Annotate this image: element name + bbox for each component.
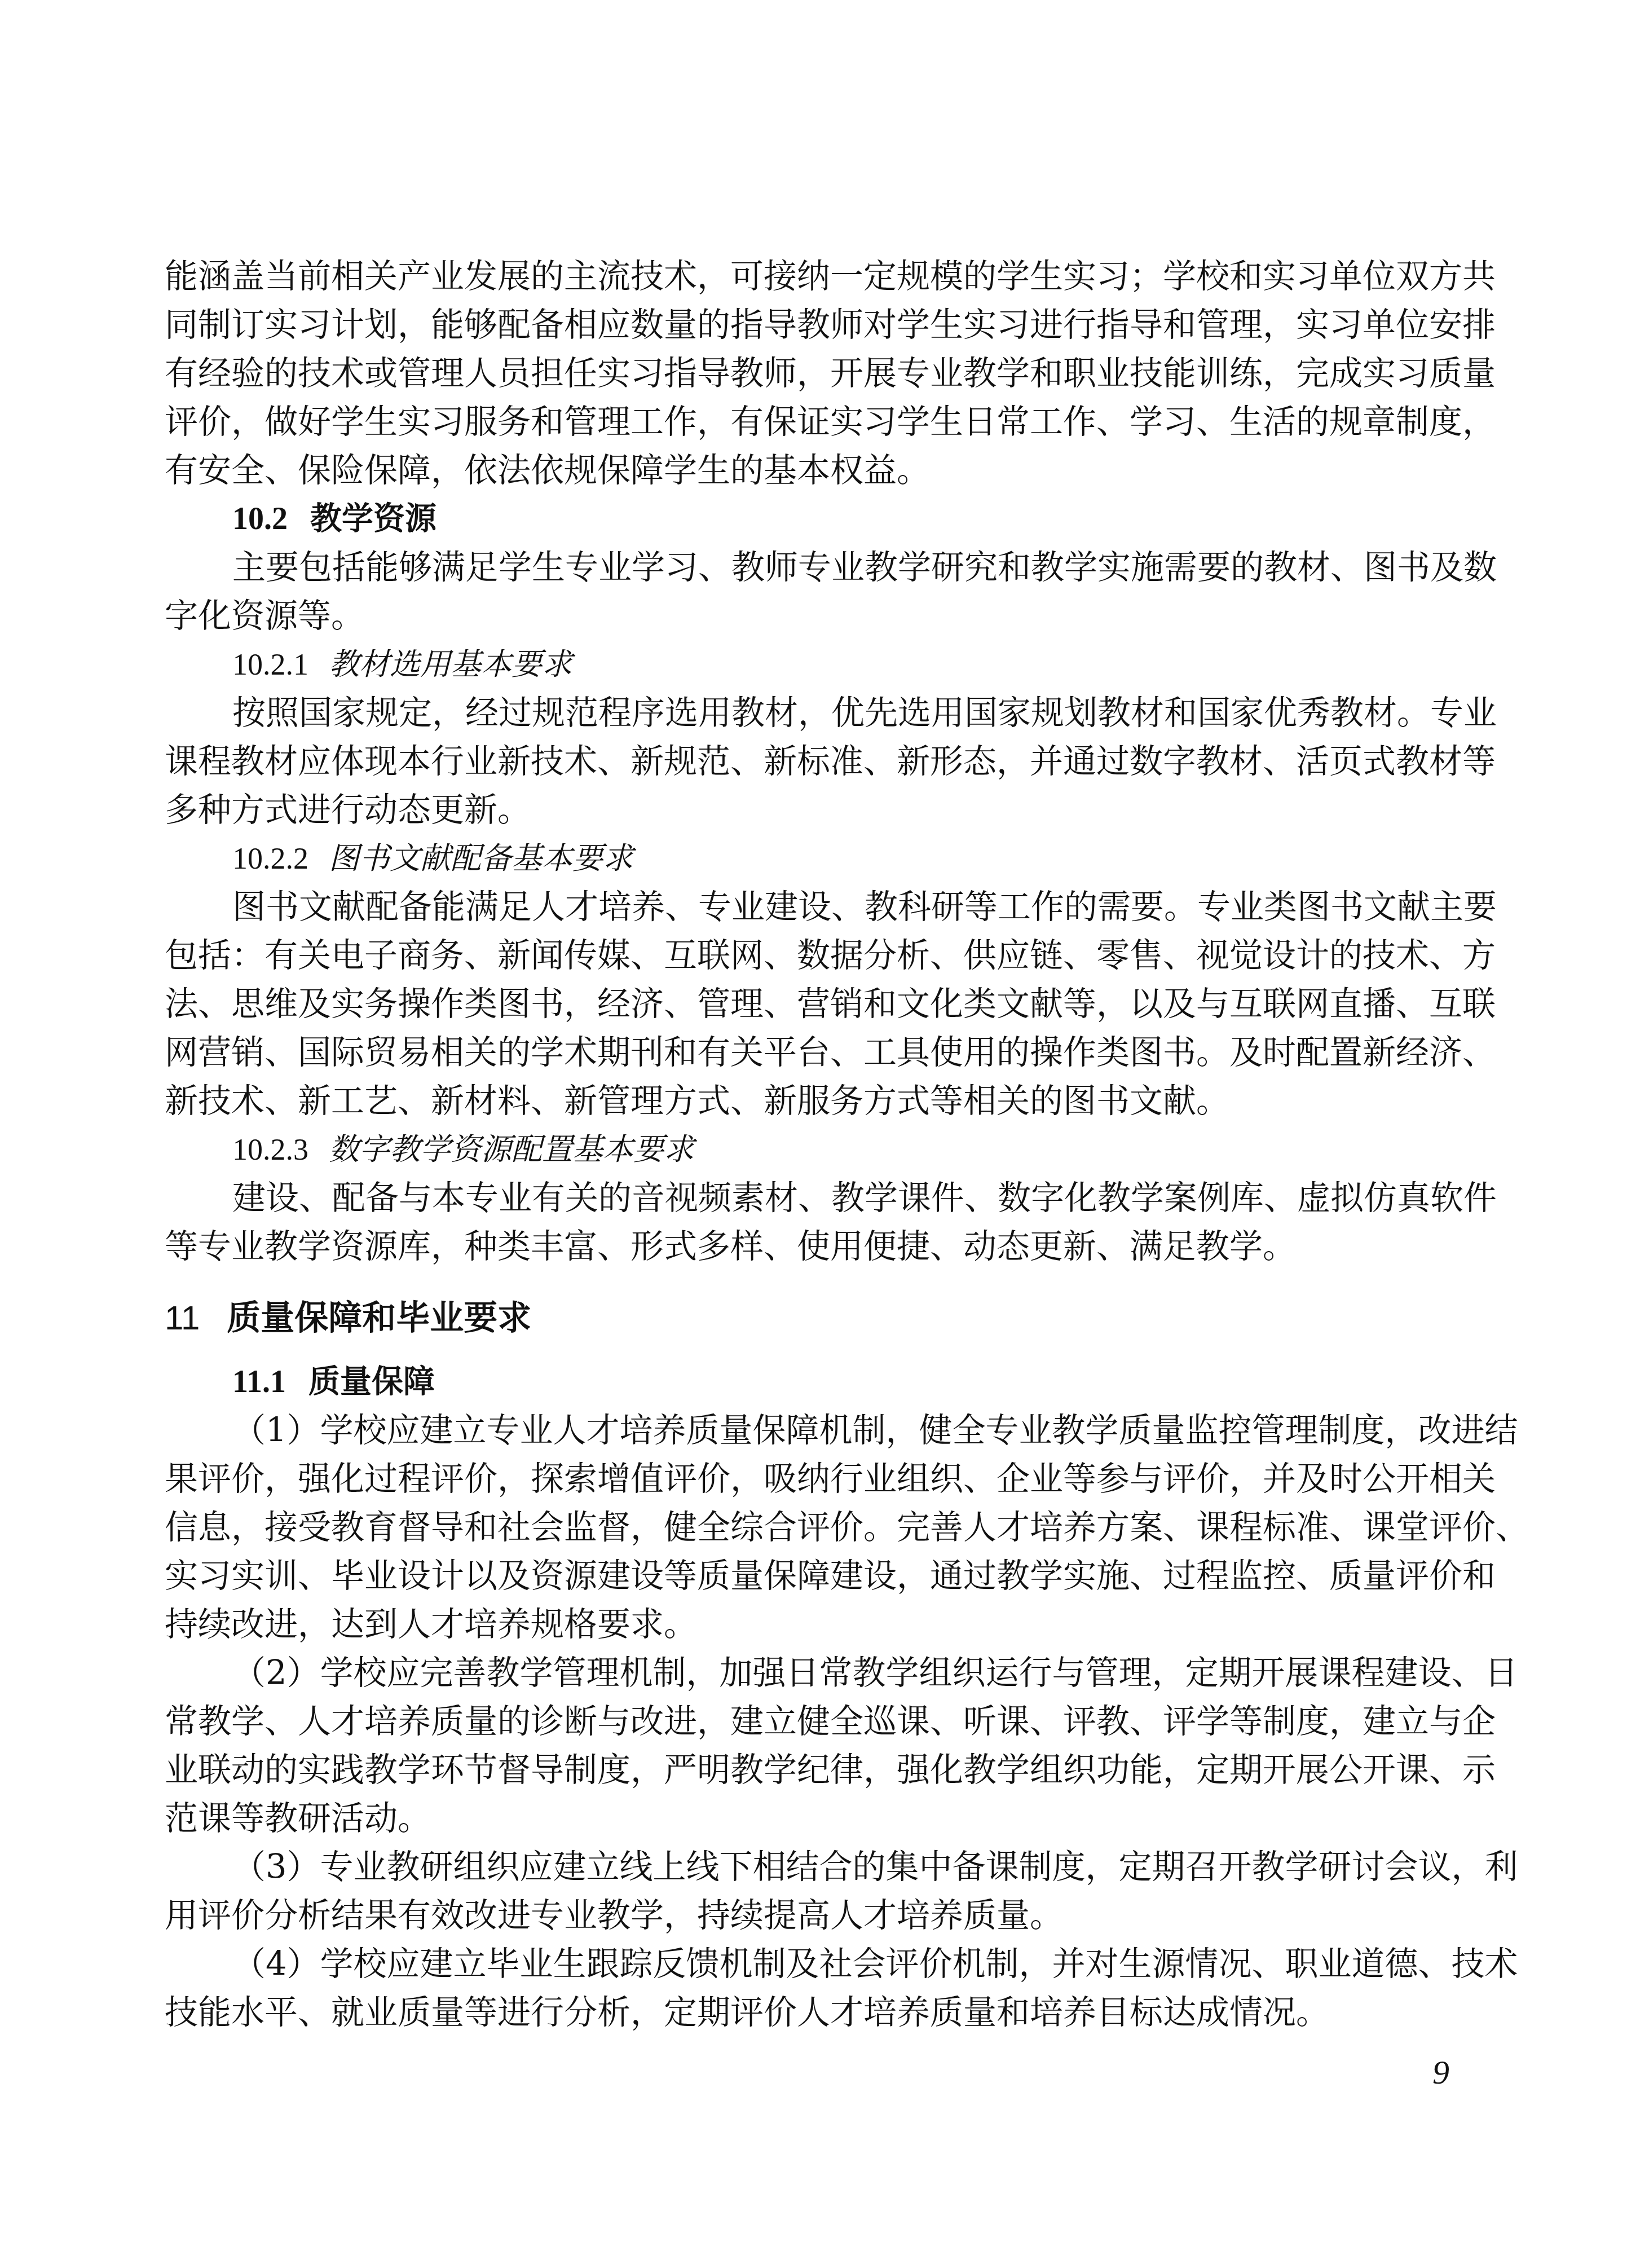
paragraph-line: 字化资源等。: [165, 592, 1474, 640]
paragraph-line: 业联动的实践教学环节督导制度，严明教学纪律，强化教学组织功能，定期开展公开课、示: [165, 1746, 1474, 1794]
spacer: [165, 1346, 1474, 1358]
paragraph-line: 有安全、保险保障，依法依规保障学生的基本权益。: [165, 446, 1474, 495]
list-item-4: （4）学校应建立毕业生跟踪反馈机制及社会评价机制，并对生源情况、职业道德、技术 …: [165, 1940, 1474, 2037]
paragraph-line: 技能水平、就业质量等进行分析，定期评价人才培养质量和培养目标达成情况。: [165, 1988, 1474, 2037]
section-number: 10.2.2: [232, 842, 308, 875]
paragraph-line: 持续改进，达到人才培养规格要求。: [165, 1600, 1474, 1649]
section-title: 教材选用基本要求: [329, 646, 572, 682]
section-10-2-paragraph: 主要包括能够满足学生专业学习、教师专业教学研究和教学实施需要的教材、图书及数 字…: [165, 543, 1474, 640]
section-number: 11.1: [232, 1364, 286, 1399]
section-10-2-2-paragraph: 图书文献配备能满足人才培养、专业建设、教科研等工作的需要。专业类图书文献主要 包…: [165, 883, 1474, 1125]
paragraph-line: 包括：有关电子商务、新闻传媒、互联网、数据分析、供应链、零售、视觉设计的技术、方: [165, 931, 1474, 980]
paragraph-line: （1）学校应建立专业人才培养质量保障机制，健全专业教学质量监控管理制度，改进结: [165, 1406, 1474, 1455]
list-item-3: （3）专业教研组织应建立线上线下相结合的集中备课制度，定期召开教学研讨会议，利 …: [165, 1843, 1474, 1940]
paragraph-line: 果评价，强化过程评价，探索增值评价，吸纳行业组织、企业等参与评价，并及时公开相关: [165, 1455, 1474, 1503]
paragraph-line: 评价，做好学生实习服务和管理工作，有保证实习学生日常工作、学习、生活的规章制度，: [165, 398, 1474, 446]
section-heading-10-2-2: 10.2.2图书文献配备基本要求: [165, 834, 1474, 883]
paragraph-line: 按照国家规定，经过规范程序选用教材，优先选用国家规划教材和国家优秀教材。专业: [165, 689, 1474, 737]
paragraph-line: （2）学校应完善教学管理机制，加强日常教学组织运行与管理，定期开展课程建设、日: [165, 1649, 1474, 1697]
paragraph-line: 课程教材应体现本行业新技术、新规范、新标准、新形态，并通过数字教材、活页式教材等: [165, 737, 1474, 786]
list-item-2: （2）学校应完善教学管理机制，加强日常教学组织运行与管理，定期开展课程建设、日 …: [165, 1649, 1474, 1843]
section-10-2-1-paragraph: 按照国家规定，经过规范程序选用教材，优先选用国家规划教材和国家优秀教材。专业 课…: [165, 689, 1474, 834]
paragraph-line: 法、思维及实务操作类图书，经济、管理、营销和文化类文献等，以及与互联网直播、互联: [165, 980, 1474, 1028]
page-number: 9: [1432, 2053, 1449, 2092]
section-heading-11-1: 11.1质量保障: [165, 1358, 1474, 1406]
section-10-2-3-paragraph: 建设、配备与本专业有关的音视频素材、教学课件、数字化教学案例库、虚拟仿真软件 等…: [165, 1174, 1474, 1271]
paragraph-line: 等专业教学资源库，种类丰富、形式多样、使用便捷、动态更新、满足教学。: [165, 1222, 1474, 1271]
chapter-number: 11: [165, 1299, 200, 1337]
list-item-1: （1）学校应建立专业人才培养质量保障机制，健全专业教学质量监控管理制度，改进结 …: [165, 1406, 1474, 1649]
intro-paragraph: 能涵盖当前相关产业发展的主流技术，可接纳一定规模的学生实习；学校和实习单位双方共…: [165, 252, 1474, 495]
paragraph-line: 新技术、新工艺、新材料、新管理方式、新服务方式等相关的图书文献。: [165, 1077, 1474, 1125]
section-heading-10-2-1: 10.2.1教材选用基本要求: [165, 640, 1474, 689]
paragraph-line: 常教学、人才培养质量的诊断与改进，建立健全巡课、听课、评教、评学等制度，建立与企: [165, 1697, 1474, 1746]
section-title: 数字教学资源配置基本要求: [329, 1131, 694, 1167]
chapter-heading-11: 11质量保障和毕业要求: [165, 1290, 1474, 1346]
paragraph-line: 主要包括能够满足学生专业学习、教师专业教学研究和教学实施需要的教材、图书及数: [165, 543, 1474, 592]
section-number: 10.2: [232, 501, 288, 536]
section-number: 10.2.3: [232, 1133, 308, 1166]
paragraph-line: 图书文献配备能满足人才培养、专业建设、教科研等工作的需要。专业类图书文献主要: [165, 883, 1474, 931]
section-title: 图书文献配备基本要求: [329, 840, 633, 876]
paragraph-line: 建设、配备与本专业有关的音视频素材、教学课件、数字化教学案例库、虚拟仿真软件: [165, 1174, 1474, 1222]
paragraph-line: 能涵盖当前相关产业发展的主流技术，可接纳一定规模的学生实习；学校和实习单位双方共: [165, 252, 1474, 301]
section-heading-10-2: 10.2教学资源: [165, 495, 1474, 543]
paragraph-line: 有经验的技术或管理人员担任实习指导教师，开展专业教学和职业技能训练，完成实习质量: [165, 349, 1474, 398]
chapter-title: 质量保障和毕业要求: [227, 1298, 531, 1338]
paragraph-line: 网营销、国际贸易相关的学术期刊和有关平台、工具使用的操作类图书。及时配置新经济、: [165, 1028, 1474, 1077]
paragraph-line: 信息，接受教育督导和社会监督，健全综合评价。完善人才培养方案、课程标准、课堂评价…: [165, 1503, 1474, 1552]
section-number: 10.2.1: [232, 648, 308, 681]
spacer: [165, 1271, 1474, 1290]
page-body: 能涵盖当前相关产业发展的主流技术，可接纳一定规模的学生实习；学校和实习单位双方共…: [165, 252, 1474, 2037]
paragraph-line: 范课等教研活动。: [165, 1794, 1474, 1843]
section-title: 质量保障: [308, 1363, 435, 1400]
paragraph-line: 用评价分析结果有效改进专业教学，持续提高人才培养质量。: [165, 1891, 1474, 1940]
paragraph-line: 实习实训、毕业设计以及资源建设等质量保障建设，通过教学实施、过程监控、质量评价和: [165, 1552, 1474, 1600]
paragraph-line: 同制订实习计划，能够配备相应数量的指导教师对学生实习进行指导和管理，实习单位安排: [165, 301, 1474, 349]
section-title: 教学资源: [310, 500, 436, 537]
document-page: 能涵盖当前相关产业发展的主流技术，可接纳一定规模的学生实习；学校和实习单位双方共…: [0, 0, 1627, 2268]
paragraph-line: 多种方式进行动态更新。: [165, 786, 1474, 834]
paragraph-line: （4）学校应建立毕业生跟踪反馈机制及社会评价机制，并对生源情况、职业道德、技术: [165, 1940, 1474, 1988]
section-heading-10-2-3: 10.2.3数字教学资源配置基本要求: [165, 1125, 1474, 1174]
paragraph-line: （3）专业教研组织应建立线上线下相结合的集中备课制度，定期召开教学研讨会议，利: [165, 1843, 1474, 1891]
